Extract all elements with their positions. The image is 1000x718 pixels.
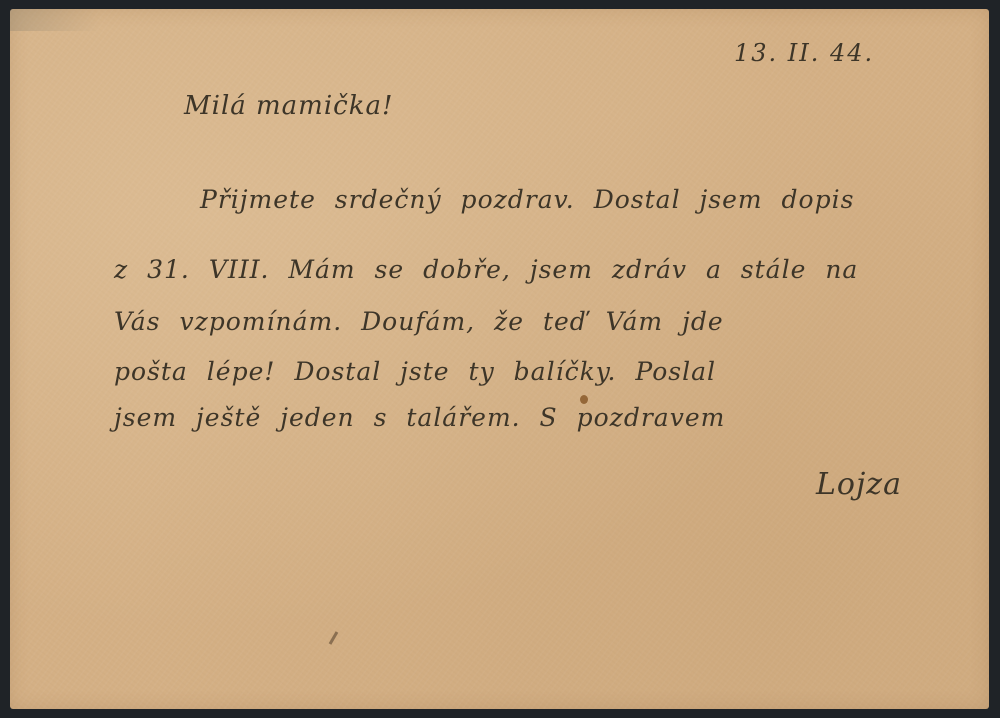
postcard: 13. II. 44. Milá mamička! Přijmete srdeč… <box>10 9 989 709</box>
letter-line-4: pošta lépe! Dostal jste ty balíčky. Posl… <box>114 357 716 386</box>
letter-date: 13. II. 44. <box>734 39 874 67</box>
pencil-mark <box>329 631 339 645</box>
letter-line-1: Přijmete srdečný pozdrav. Dostal jsem do… <box>200 185 854 214</box>
ink-stain <box>580 395 588 404</box>
corner-smudge <box>10 9 100 31</box>
letter-line-5: jsem ještě jeden s talářem. S pozdravem <box>114 403 725 432</box>
letter-greeting: Milá mamička! <box>184 91 393 121</box>
letter-signature: Lojza <box>816 467 902 502</box>
scan-background: 13. II. 44. Milá mamička! Přijmete srdeč… <box>0 0 1000 718</box>
letter-line-2: z 31. VIII. Mám se dobře, jsem zdráv a s… <box>114 255 858 284</box>
letter-line-3: Vás vzpomínám. Doufám, že teď Vám jde <box>114 307 724 336</box>
